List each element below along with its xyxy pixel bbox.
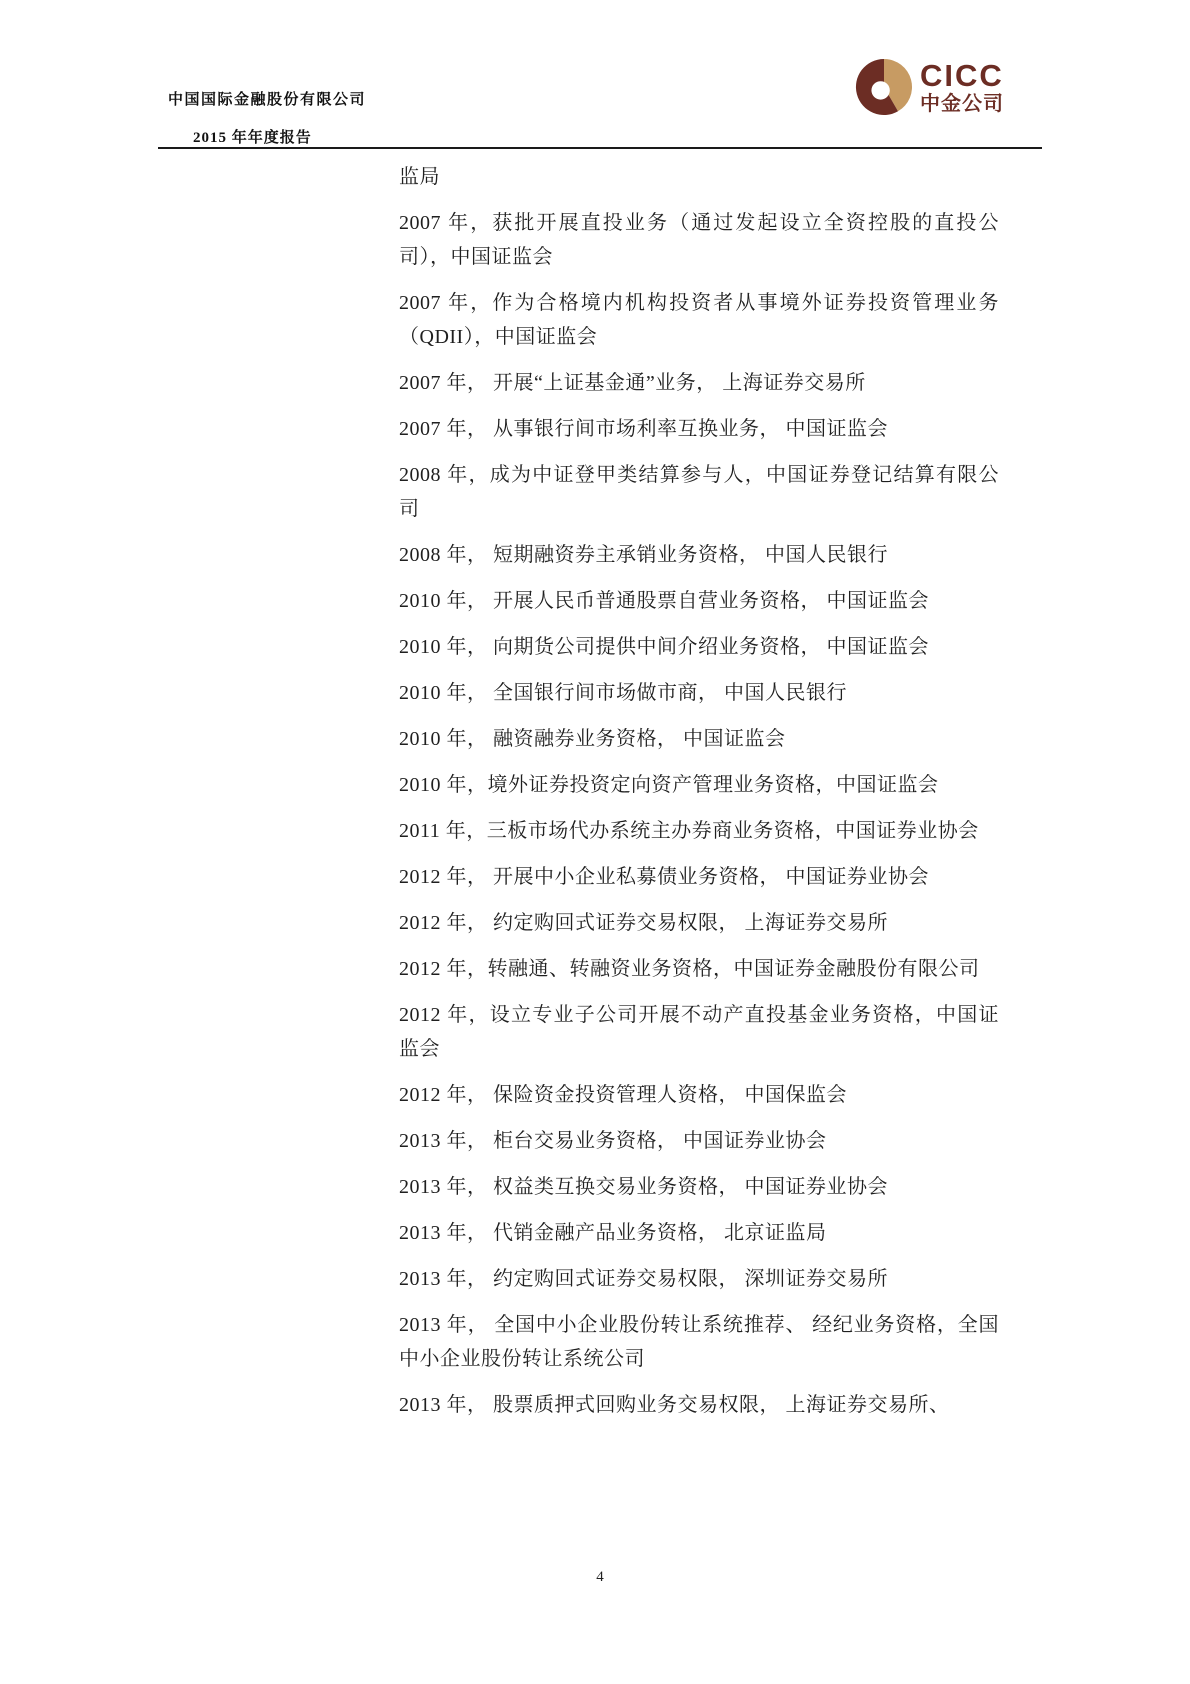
body-paragraph: 2013 年， 代销金融产品业务资格， 北京证监局 [399,1216,999,1250]
body-paragraph: 2007 年， 开展“上证基金通”业务， 上海证券交易所 [399,366,999,400]
body-paragraph: 2007 年， 从事银行间市场利率互换业务， 中国证监会 [399,412,999,446]
cicc-logo-brand-name: 中金公司 [920,94,1004,114]
body-paragraph: 2013 年， 全国中小企业股份转让系统推荐、 经纪业务资格，全国中小企业股份转… [399,1308,999,1376]
body-paragraph: 2008 年， 短期融资券主承销业务资格， 中国人民银行 [399,538,999,572]
header-left: 中国国际金融股份有限公司 2015 年年度报告 [168,88,366,147]
body-paragraph: 2008 年，成为中证登甲类结算参与人，中国证券登记结算有限公司 [399,458,999,526]
cicc-logo-text: CICC 中金公司 [920,60,1004,114]
body-paragraph: 2013 年， 股票质押式回购业务交易权限， 上海证券交易所、 [399,1388,999,1422]
body-paragraph: 2011 年，三板市场代办系统主办券商业务资格，中国证券业协会 [399,814,999,848]
cicc-logo: CICC 中金公司 [855,58,1004,116]
body-paragraph: 2010 年， 向期货公司提供中间介绍业务资格， 中国证监会 [399,630,999,664]
header-divider [158,147,1042,149]
body-paragraph: 监局 [399,160,999,194]
body-paragraph: 2012 年， 约定购回式证券交易权限， 上海证券交易所 [399,906,999,940]
page-footer: 4 [158,1568,1042,1586]
body-paragraph: 2013 年， 权益类互换交易业务资格， 中国证券业协会 [399,1170,999,1204]
body-paragraph: 2012 年， 开展中小企业私募债业务资格， 中国证券业协会 [399,860,999,894]
body-paragraph: 2007 年，获批开展直投业务（通过发起设立全资控股的直投公司），中国证监会 [399,206,999,274]
body-paragraph: 2012 年，设立专业子公司开展不动产直投基金业务资格，中国证监会 [399,998,999,1066]
body-paragraph: 2012 年，转融通、转融资业务资格，中国证券金融股份有限公司 [399,952,999,986]
paragraph-list: 监局2007 年，获批开展直投业务（通过发起设立全资控股的直投公司），中国证监会… [399,160,999,1422]
company-name: 中国国际金融股份有限公司 [168,88,366,109]
body-paragraph: 2010 年， 融资融券业务资格， 中国证监会 [399,722,999,756]
body-paragraph: 2012 年， 保险资金投资管理人资格， 中国保监会 [399,1078,999,1112]
body-paragraph: 2007 年，作为合格境内机构投资者从事境外证券投资管理业务（QDII），中国证… [399,286,999,354]
body-paragraph: 2013 年， 约定购回式证券交易权限， 深圳证券交易所 [399,1262,999,1296]
body-paragraph: 2010 年，境外证券投资定向资产管理业务资格，中国证监会 [399,768,999,802]
body-paragraph: 2010 年， 开展人民币普通股票自营业务资格， 中国证监会 [399,584,999,618]
report-title: 2015 年年度报告 [193,126,366,147]
body-paragraph: 2013 年， 柜台交易业务资格， 中国证券业协会 [399,1124,999,1158]
cicc-logo-acronym: CICC [920,60,1004,91]
cicc-logo-icon [855,58,913,116]
report-page: 中国国际金融股份有限公司 2015 年年度报告 CICC 中金公司 监局2007… [0,0,1190,1684]
body-text: 监局2007 年，获批开展直投业务（通过发起设立全资控股的直投公司），中国证监会… [399,160,999,1434]
body-paragraph: 2010 年， 全国银行间市场做市商， 中国人民银行 [399,676,999,710]
page-number: 4 [596,1569,604,1585]
